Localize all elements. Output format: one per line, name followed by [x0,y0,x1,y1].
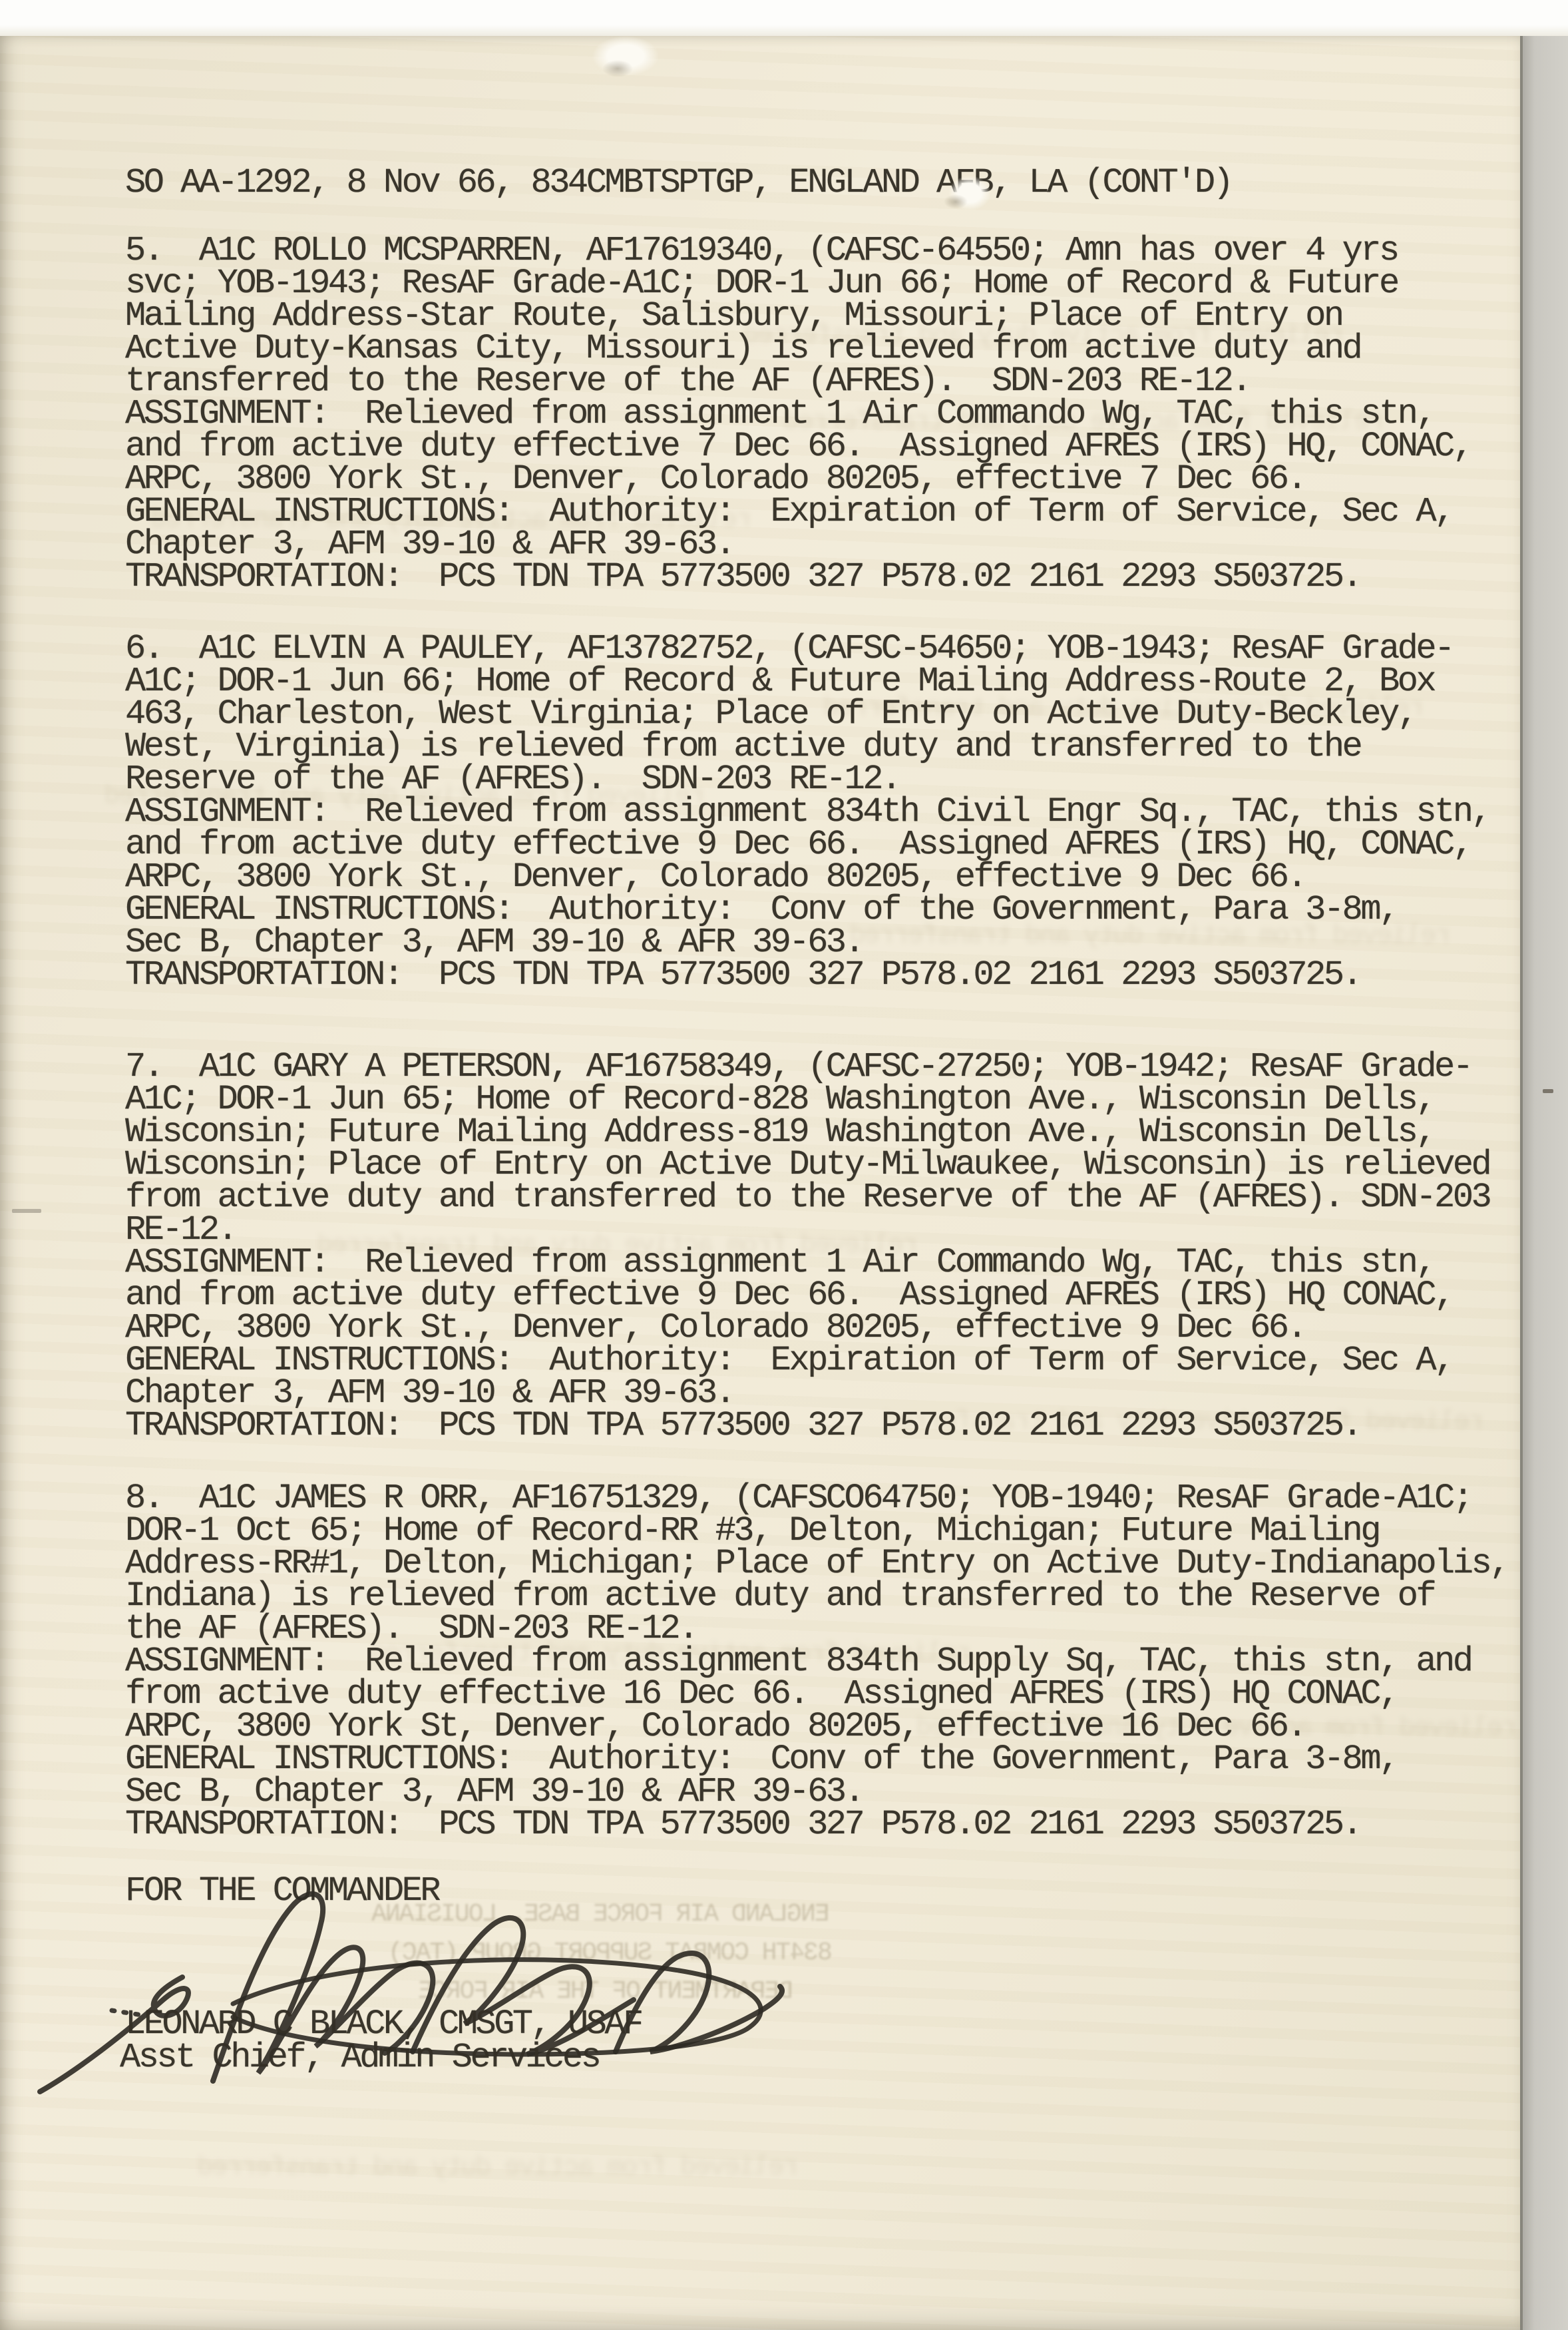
stain-shadow-mark [944,194,968,209]
paragraph-8: 8. A1C JAMES R ORR, AF16751329, (CAFSCO6… [125,1482,1508,1841]
document-header: SO AA-1292, 8 Nov 66, 834CMBTSPTGP, ENGL… [125,166,1231,199]
scanner-edge-strip [1520,36,1568,2330]
signer-title: Asst Chief, Admin Services [120,2041,599,2074]
paragraph-6: 6. A1C ELVIN A PAULEY, AF13782752, (CAFS… [125,632,1489,991]
paragraph-5: 5. A1C ROLLO MCSPARREN, AF17619340, (CAF… [125,234,1471,593]
edge-speck [1543,1089,1553,1093]
paragraph-7: 7. A1C GARY A PETERSON, AF16758349, (CAF… [125,1050,1489,1442]
paper-sheet: relieved from active duty and transferre… [0,36,1520,2330]
bleedthrough-smudge: relieved from active duty and transferre… [200,2153,799,2183]
scanner-top-band [0,0,1568,36]
tear-shadow-mark [602,60,633,77]
signer-name: LEONARD C BLACK, CMSGT, USAF [125,2008,642,2040]
margin-pencil-mark [12,1209,41,1213]
scanned-page: relieved from active duty and transferre… [0,0,1568,2330]
